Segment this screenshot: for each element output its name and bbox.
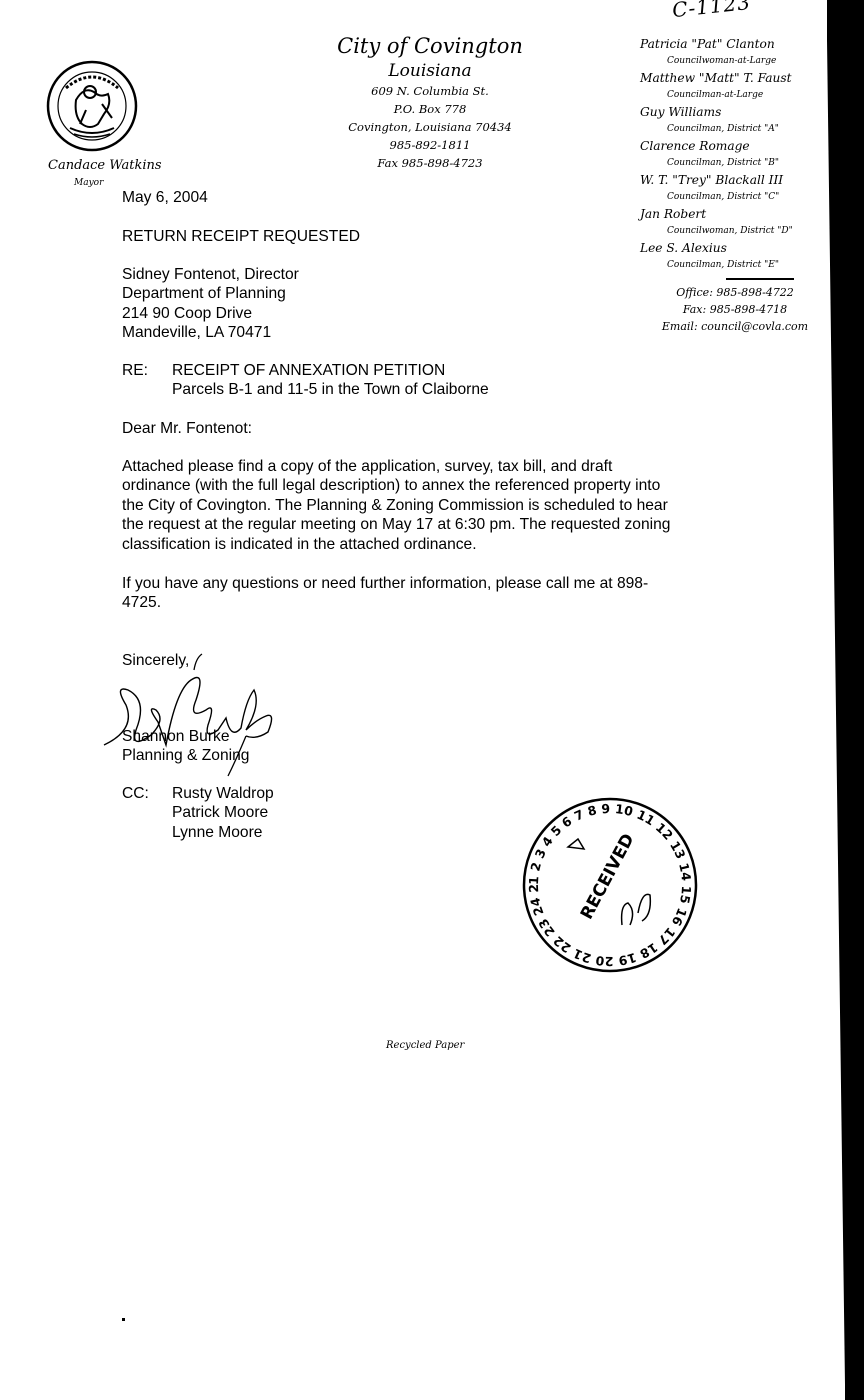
address-line: P.O. Box 778 [300, 100, 560, 118]
phone-line: 985-892-1811 [300, 136, 560, 154]
recipient-line: Mandeville, LA 70471 [122, 323, 299, 342]
fax-line: Fax 985-898-4723 [300, 154, 560, 172]
council-member-name: Matthew "Matt" T. Faust [640, 70, 830, 87]
cc-label: CC: [122, 784, 149, 803]
mayor-name: Candace Watkins [48, 158, 162, 173]
body-paragraph: Attached please find a copy of the appli… [122, 457, 682, 554]
re-subject: RECEIPT OF ANNEXATION PETITION Parcels B… [172, 361, 489, 400]
council-member-role: Councilwoman, District "D" [640, 223, 830, 240]
council-member-name: W. T. "Trey" Blackall III [640, 172, 830, 189]
council-member-name: Clarence Romage [640, 138, 830, 155]
recycled-paper-note: Recycled Paper [386, 1040, 464, 1051]
council-office-phone: Office: 985-898-4722 [640, 284, 830, 301]
recipient-address: Sidney Fontenot, Director Department of … [122, 265, 299, 343]
recipient-line: 214 90 Coop Drive [122, 304, 299, 323]
council-member-role: Councilman, District "A" [640, 121, 830, 138]
state-name: Louisiana [300, 60, 560, 82]
re-line: Parcels B-1 and 11-5 in the Town of Clai… [172, 380, 489, 399]
address-line: Covington, Louisiana 70434 [300, 118, 560, 136]
cc-recipient: Patrick Moore [172, 803, 274, 822]
cc-list: Rusty Waldrop Patrick Moore Lynne Moore [172, 784, 274, 842]
city-seal-icon [46, 60, 138, 152]
mayor-title: Mayor [74, 178, 103, 188]
re-line: RECEIPT OF ANNEXATION PETITION [172, 361, 489, 380]
handwritten-signature [96, 650, 296, 780]
letterhead: City of Covington Louisiana 609 N. Colum… [300, 32, 560, 172]
received-stamp: 1 2 3 4 5 6 7 8 9 10 11 12 13 14 15 16 1… [510, 795, 710, 975]
council-member-role: Councilwoman-at-Large [640, 53, 830, 70]
file-code-annotation: C-1123 [671, 0, 752, 22]
council-divider [726, 278, 794, 280]
letter-page: C-1123 Candace Watkins Mayor City of Cov… [0, 0, 864, 1400]
address-line: 609 N. Columbia St. [300, 82, 560, 100]
recipient-line: Department of Planning [122, 284, 299, 303]
delivery-note: RETURN RECEIPT REQUESTED [122, 227, 360, 246]
recipient-line: Sidney Fontenot, Director [122, 265, 299, 284]
city-name: City of Covington [300, 32, 560, 60]
letter-date: May 6, 2004 [122, 188, 208, 207]
salutation: Dear Mr. Fontenot: [122, 419, 252, 438]
council-member-role: Councilman-at-Large [640, 87, 830, 104]
re-label: RE: [122, 361, 148, 380]
scan-speck [122, 1318, 125, 1321]
cc-recipient: Lynne Moore [172, 823, 274, 842]
council-member-role: Councilman, District "C" [640, 189, 830, 206]
council-fax: Fax: 985-898-4718 [640, 301, 830, 318]
stamp-received-word: RECEIVED [577, 831, 639, 923]
council-member-role: Councilman, District "E" [640, 257, 830, 274]
council-member-name: Guy Williams [640, 104, 830, 121]
cc-recipient: Rusty Waldrop [172, 784, 274, 803]
council-member-name: Jan Robert [640, 206, 830, 223]
council-email: Email: council@covla.com [640, 318, 830, 335]
council-member-name: Lee S. Alexius [640, 240, 830, 257]
council-member-role: Councilman, District "B" [640, 155, 830, 172]
council-member-name: Patricia "Pat" Clanton [640, 36, 830, 53]
council-list: Patricia "Pat" Clanton Councilwoman-at-L… [640, 36, 830, 335]
body-paragraph: If you have any questions or need furthe… [122, 574, 682, 613]
